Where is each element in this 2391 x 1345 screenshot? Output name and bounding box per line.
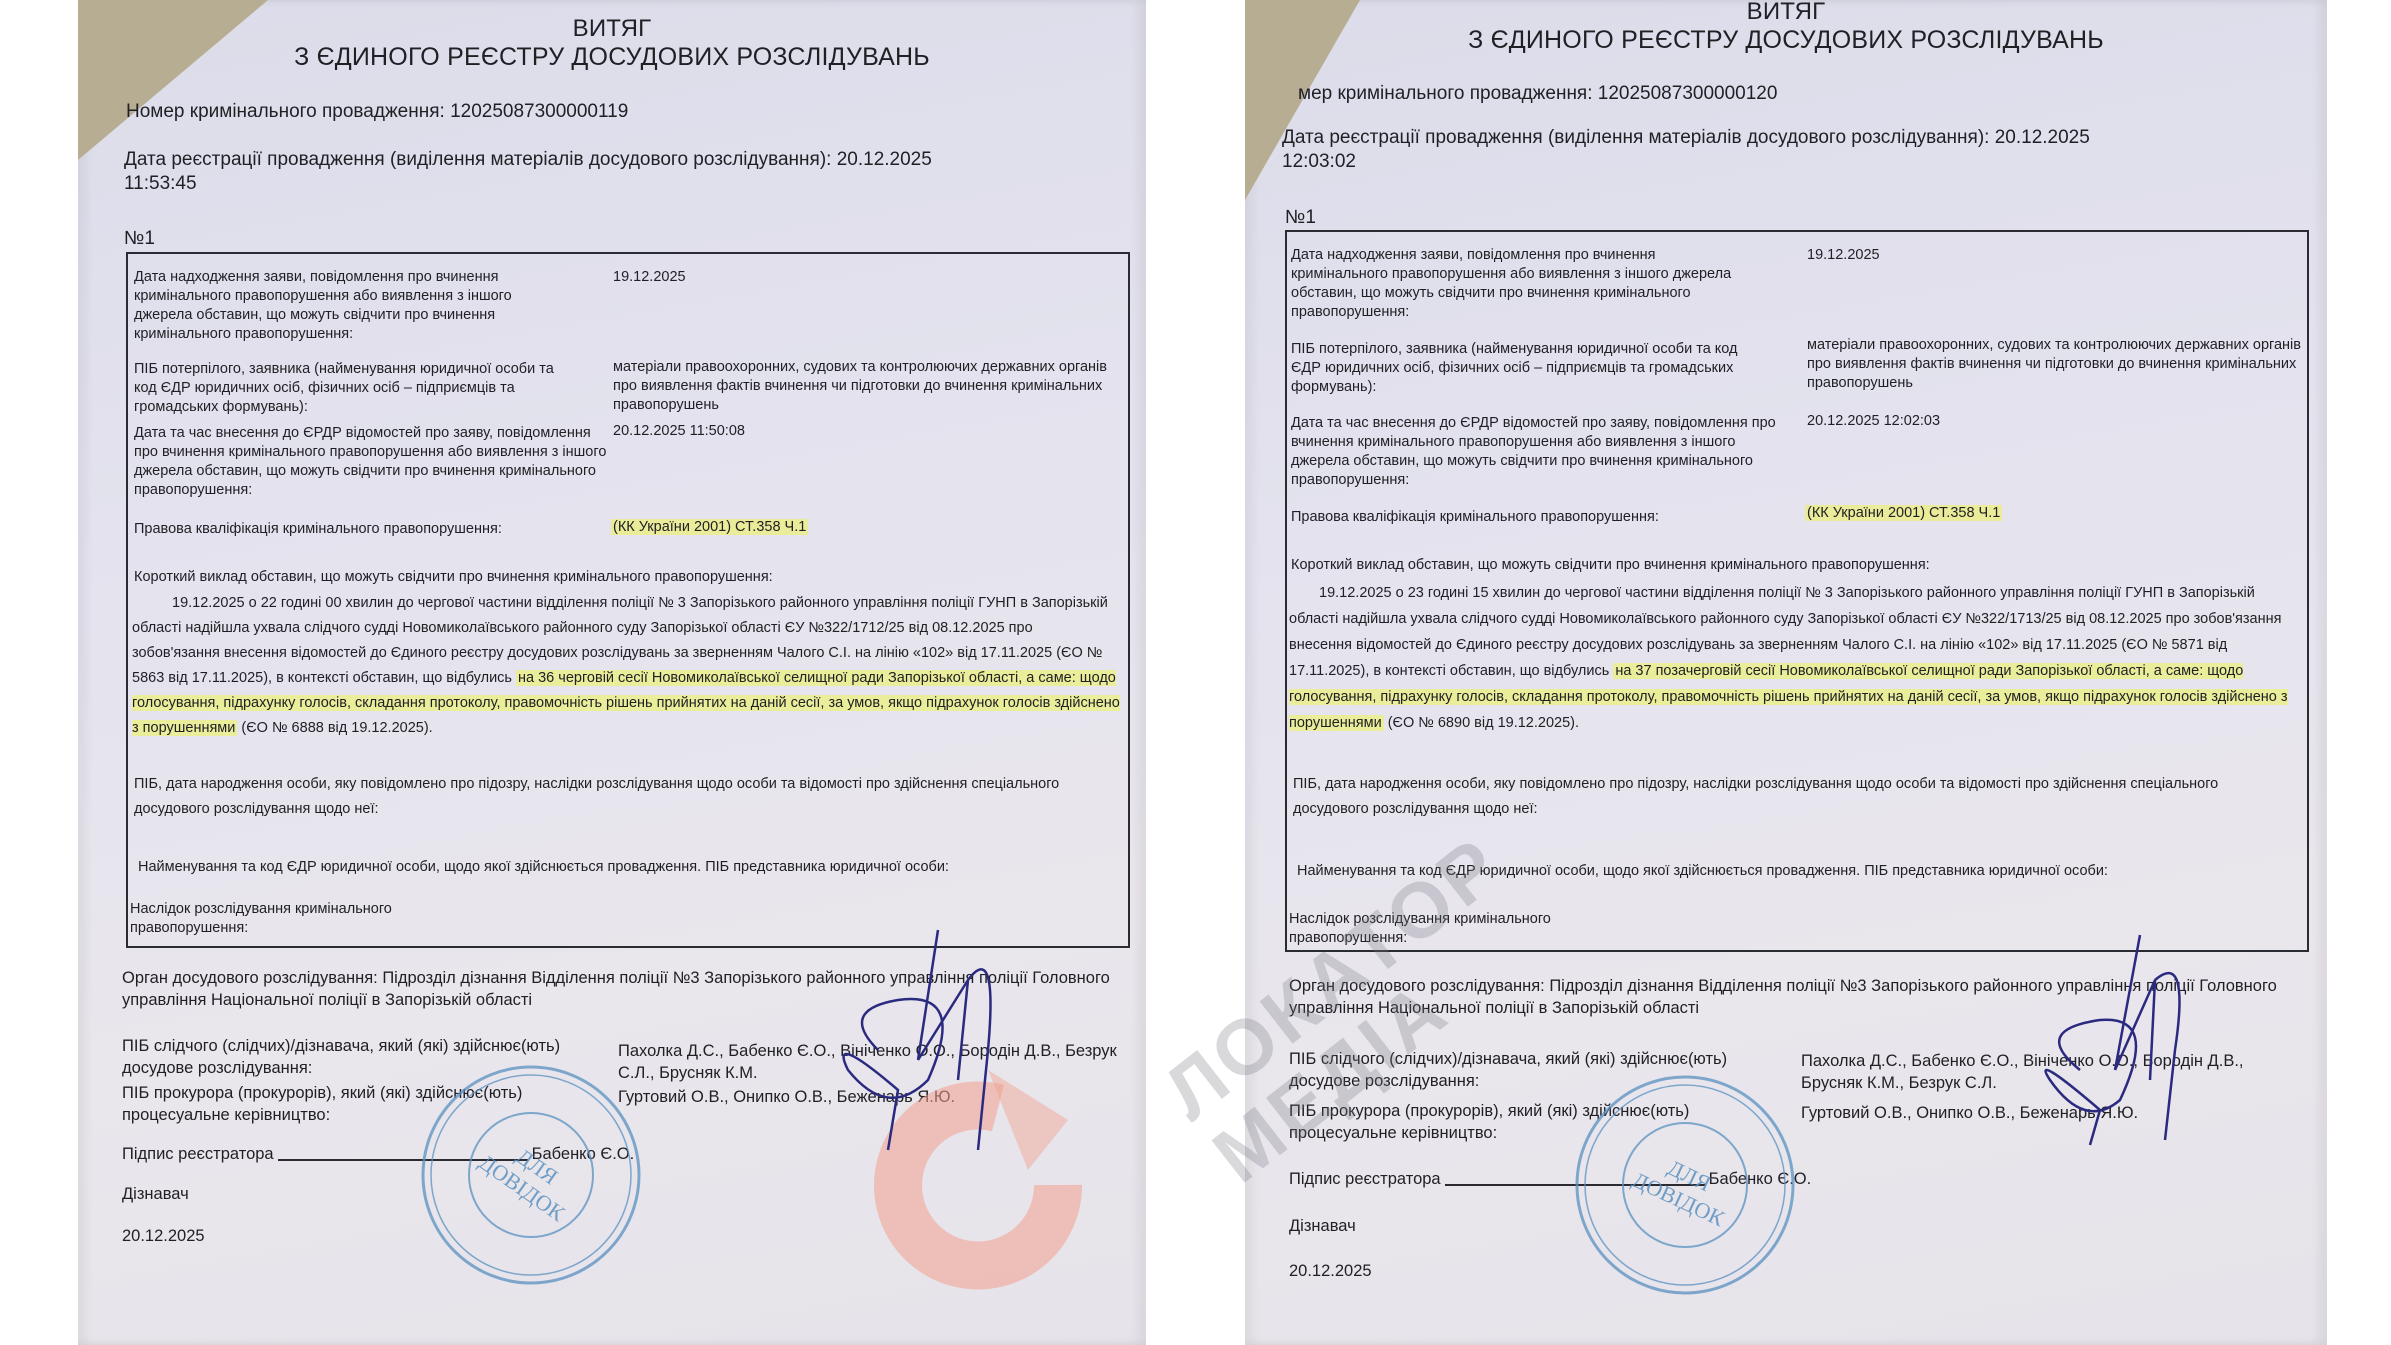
field-label: Правова кваліфікація кримінального право… <box>134 520 502 539</box>
document-title: ВИТЯГ З ЄДИНОГО РЕЄСТРУ ДОСУДОВИХ РОЗСЛІ… <box>78 15 1146 71</box>
summary-text: 19.12.2025 о 23 годині 15 хвилин до черг… <box>1289 580 2299 736</box>
entry-number: №1 <box>1285 207 1316 229</box>
title-line-1: ВИТЯГ <box>573 15 652 42</box>
field-label: Дата надходження заяви, повідомлення про… <box>134 268 574 344</box>
field-label: Правова кваліфікація кримінального право… <box>1291 508 1659 527</box>
role: Дізнавач <box>122 1183 189 1205</box>
document-date: 20.12.2025 <box>1289 1260 1372 1282</box>
suspect-label: ПІБ, дата народження особи, яку повідомл… <box>1293 772 2273 822</box>
summary-text: 19.12.2025 о 22 годині 00 хвилин до черг… <box>132 591 1122 741</box>
suspect-label: ПІБ, дата народження особи, яку повідомл… <box>134 772 1104 822</box>
qualification-highlight: (КК України 2001) СТ.358 Ч.1 <box>611 519 808 535</box>
legal-entity-label: Найменування та код ЄДР юридичної особи,… <box>138 858 949 877</box>
role: Дізнавач <box>1289 1215 1356 1237</box>
case-number: мер кримінального провадження: 120250873… <box>1298 82 1777 106</box>
document-page-right: ВИТЯГ З ЄДИНОГО РЕЄСТРУ ДОСУДОВИХ РОЗСЛІ… <box>1245 0 2327 1345</box>
official-stamp-icon: ДЛЯ ДОВІДОК <box>416 1060 646 1290</box>
register-table: Дата надходження заяви, повідомлення про… <box>126 252 1130 948</box>
field-value: 20.12.2025 12:02:03 <box>1807 412 1940 431</box>
field-value: 19.12.2025 <box>613 268 686 287</box>
field-label: Дата надходження заяви, повідомлення про… <box>1291 246 1741 322</box>
handwritten-signature-icon <box>1990 930 2250 1150</box>
outcome-label: Наслідок розслідування кримінального пра… <box>130 900 430 938</box>
field-value: матеріали правоохоронних, судових та кон… <box>613 358 1118 415</box>
title-line-2: З ЄДИНОГО РЕЄСТРУ ДОСУДОВИХ РОЗСЛІДУВАНЬ <box>78 43 1146 71</box>
field-value: (КК України 2001) СТ.358 Ч.1 <box>1805 504 2002 523</box>
field-value: 20.12.2025 11:50:08 <box>613 422 745 441</box>
handwritten-signature-icon <box>818 920 1098 1160</box>
field-label: ПІБ потерпілого, заявника (найменування … <box>134 360 574 417</box>
document-title: ВИТЯГ З ЄДИНОГО РЕЄСТРУ ДОСУДОВИХ РОЗСЛІ… <box>1245 0 2327 54</box>
registration-date: Дата реєстрації провадження (виділення м… <box>124 148 1074 196</box>
summary-label: Короткий виклад обставин, що можуть свід… <box>134 568 773 587</box>
case-number: Номер кримінального провадження: 1202508… <box>126 100 628 124</box>
field-label: Дата та час внесення до ЄРДР відомостей … <box>134 424 614 500</box>
field-label: ПІБ потерпілого, заявника (найменування … <box>1291 340 1751 397</box>
field-value: матеріали правоохоронних, судових та кон… <box>1807 336 2302 393</box>
document-page-left: ВИТЯГ З ЄДИНОГО РЕЄСТРУ ДОСУДОВИХ РОЗСЛІ… <box>78 0 1146 1345</box>
title-line-2: З ЄДИНОГО РЕЄСТРУ ДОСУДОВИХ РОЗСЛІДУВАНЬ <box>1245 26 2327 54</box>
field-value: 19.12.2025 <box>1807 246 1880 265</box>
document-date: 20.12.2025 <box>122 1225 205 1247</box>
qualification-highlight: (КК України 2001) СТ.358 Ч.1 <box>1805 505 2002 521</box>
summary-label: Короткий виклад обставин, що можуть свід… <box>1291 556 1930 575</box>
title-line-1: ВИТЯГ <box>1747 0 1826 25</box>
field-value: (КК України 2001) СТ.358 Ч.1 <box>611 518 808 537</box>
field-label: Дата та час внесення до ЄРДР відомостей … <box>1291 414 1791 490</box>
registration-date: Дата реєстрації провадження (виділення м… <box>1282 126 2282 174</box>
entry-number: №1 <box>124 228 155 250</box>
official-stamp-icon: ДЛЯ ДОВІДОК <box>1570 1070 1800 1300</box>
